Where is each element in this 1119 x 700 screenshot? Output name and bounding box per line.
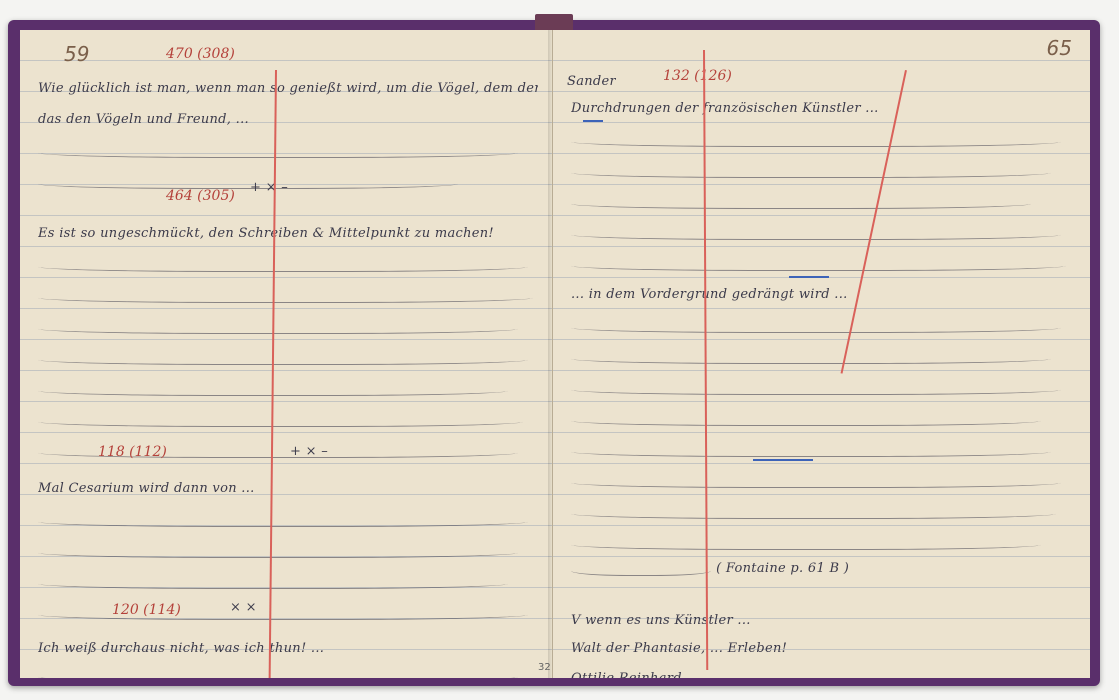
- handwritten-line: [571, 382, 1061, 395]
- handwritten-line: Durchdrungen der französischen Künstler …: [571, 101, 879, 116]
- section-mark: × ×: [230, 600, 257, 615]
- blue-underline: [789, 276, 829, 278]
- margin-annotation-1: 470 (308): [166, 46, 235, 62]
- handwritten-line: das den Vögeln und Freund, ...: [38, 112, 249, 127]
- handwritten-line: [571, 475, 1061, 488]
- handwritten-line: [38, 290, 533, 303]
- blue-underline: [753, 459, 813, 461]
- margin-annotation-2: 464 (305): [166, 188, 235, 204]
- handwritten-line: [38, 176, 458, 189]
- handwritten-line: Wie glücklich ist man, wenn man so genie…: [38, 81, 538, 96]
- blue-underline: [583, 120, 603, 122]
- handwritten-line: [38, 259, 528, 272]
- handwritten-line: [571, 320, 1061, 333]
- handwritten-line: [38, 514, 528, 527]
- handwritten-line: [571, 444, 1051, 457]
- handwritten-line: [571, 563, 711, 576]
- handwritten-line: [571, 227, 1061, 240]
- handwritten-line: Walt der Phantasie, ... Erleben!: [571, 641, 787, 656]
- right-page: 65 Sander 132 (126) Durchdrungen der fra…: [553, 30, 1090, 678]
- handwritten-line: [38, 545, 518, 558]
- handwritten-line: [38, 145, 518, 158]
- handwritten-line: [38, 414, 523, 427]
- handwritten-line: [571, 413, 1041, 426]
- header-left: Sander: [567, 74, 616, 89]
- handwritten-line: Es ist so ungeschmückt, den Schreiben & …: [38, 226, 494, 241]
- handwritten-line: Ich weiß durchaus nicht, was ich thun! .…: [38, 641, 324, 656]
- margin-annotation-4: 120 (114): [112, 602, 181, 618]
- section-mark: + × –: [290, 444, 328, 459]
- handwritten-line: [571, 351, 1051, 364]
- left-page-number: 59: [64, 42, 89, 66]
- handwritten-line: [571, 537, 1041, 550]
- handwritten-line: [38, 352, 528, 365]
- left-page: 59 470 (308) Wie glücklich ist man, wenn…: [20, 30, 553, 678]
- handwritten-line: [571, 506, 1056, 519]
- handwritten-line: Mal Cesarium wird dann von ...: [38, 481, 255, 496]
- right-page-number: 65: [1047, 36, 1072, 60]
- handwritten-line: [571, 258, 1066, 271]
- handwritten-line: [571, 134, 1061, 147]
- handwritten-line: [571, 165, 1051, 178]
- margin-annotation-3: 118 (112): [98, 444, 167, 460]
- handwritten-line: [38, 576, 508, 589]
- section-mark: + × –: [250, 180, 288, 195]
- citation: ( Fontaine p. 61 B ): [716, 561, 849, 576]
- margin-annotation: 132 (126): [663, 68, 732, 84]
- handwritten-line: [571, 196, 1031, 209]
- handwritten-line: ... in dem Vordergrund gedrängt wird ...: [571, 287, 848, 302]
- handwritten-line: V wenn es uns Künstler ...: [571, 613, 751, 628]
- handwritten-line: Ottilie Reinhard: [571, 671, 682, 678]
- handwritten-line: [38, 669, 518, 678]
- handwritten-line: [38, 321, 518, 334]
